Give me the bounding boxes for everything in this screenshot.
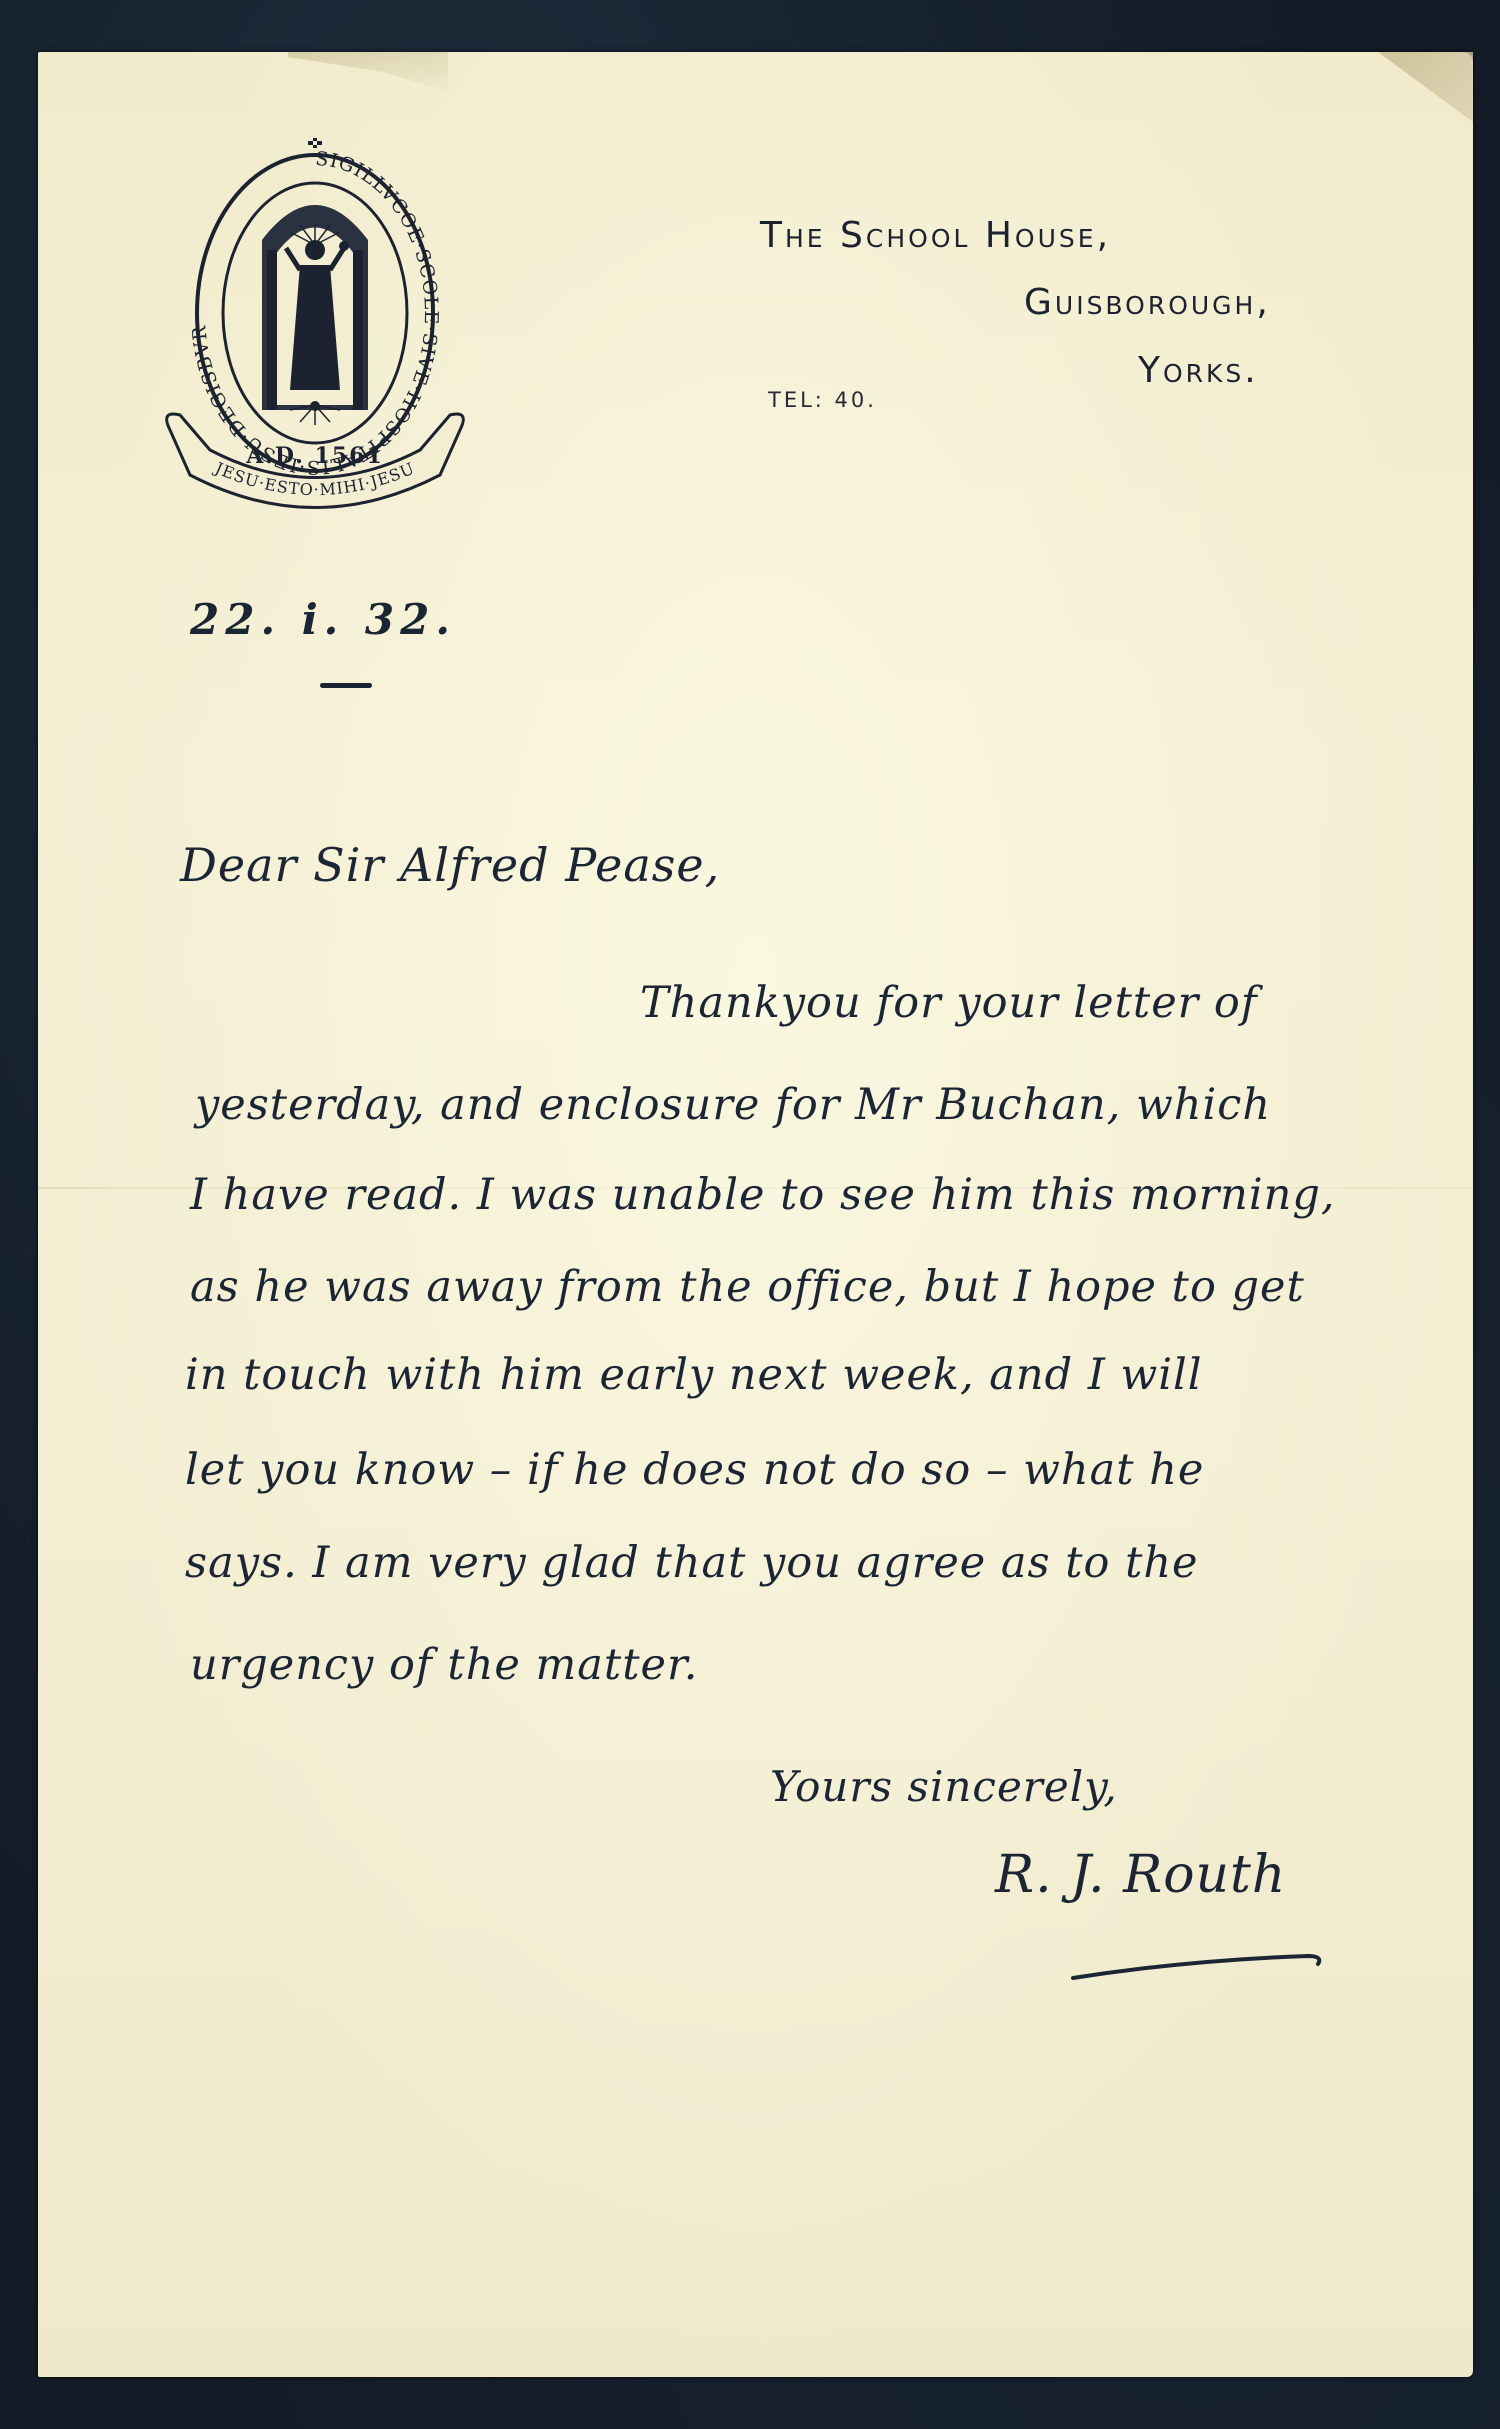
body-line: yesterday, and enclosure for Mr Buchan, … (195, 1080, 1271, 1130)
telephone-number: TEL: 40. (768, 388, 877, 412)
body-line: urgency of the matter. (190, 1640, 698, 1690)
school-crest: SIGILLVCOE·SCOLE·SIVE·HOSPITALIS·IESU·DE… (150, 130, 480, 550)
body-line: in touch with him early next week, and I… (185, 1350, 1203, 1400)
letter-date: 22. i. 32. (190, 595, 456, 644)
crest-seal-icon: SIGILLVCOE·SCOLE·SIVE·HOSPITALIS·IESU·DE… (150, 130, 480, 550)
salutation: Dear Sir Alfred Pease, (180, 838, 720, 892)
body-line: Thankyou for your letter of (640, 978, 1258, 1028)
paper-tear (288, 52, 448, 102)
svg-text:A.D. 1561: A.D. 1561 (245, 443, 384, 469)
closing: Yours sincerely, (770, 1762, 1118, 1811)
signature: R. J. Routh (995, 1845, 1286, 1905)
address-line-1: The School House, (760, 215, 1111, 256)
signature-flourish-icon (1068, 1952, 1324, 1982)
date-underline (320, 683, 372, 688)
address-line-2: Guisborough, (1024, 282, 1271, 323)
body-line: as he was away from the office, but I ho… (190, 1262, 1305, 1312)
body-line: I have read. I was unable to see him thi… (190, 1170, 1336, 1220)
body-line: let you know – if he does not do so – wh… (185, 1445, 1204, 1495)
body-line: says. I am very glad that you agree as t… (185, 1538, 1199, 1588)
folded-corner (1378, 52, 1473, 122)
address-line-3: Yorks. (1138, 350, 1259, 391)
